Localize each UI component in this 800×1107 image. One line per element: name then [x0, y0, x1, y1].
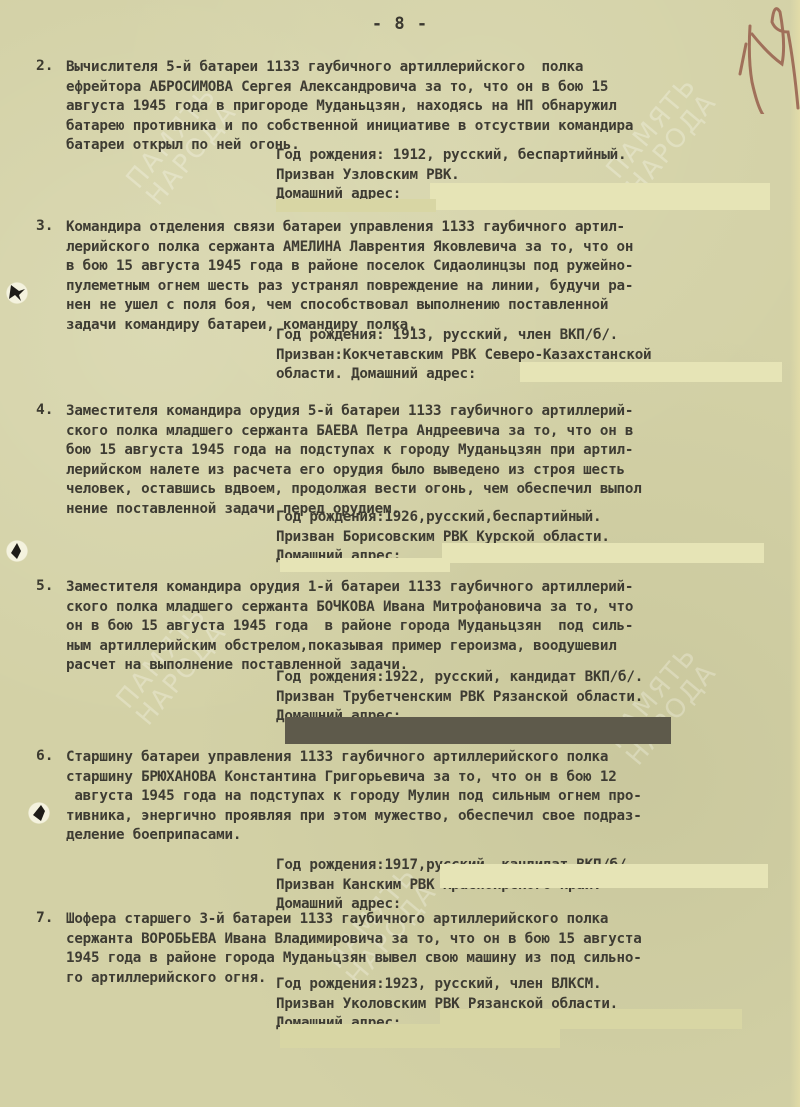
entry-text: Вычислителя 5-й батареи 1133 гаубичного …	[66, 58, 778, 156]
redacted-address	[285, 717, 671, 744]
entry-number: 4.	[36, 402, 53, 418]
entry-text: Заместителя командира орудия 5-й батареи…	[66, 402, 778, 519]
redacted-address	[280, 558, 450, 572]
redacted-address	[520, 362, 782, 382]
star-hole-icon	[29, 803, 49, 823]
punch-hole	[4, 280, 30, 306]
entry-text: Старшину батареи управления 1133 гаубичн…	[66, 748, 778, 846]
punch-hole	[4, 538, 30, 564]
redacted-address	[276, 199, 436, 212]
star-hole-icon	[7, 541, 27, 561]
entry-number: 6.	[36, 748, 53, 764]
star-hole-icon	[7, 283, 27, 303]
redacted-address	[430, 183, 770, 210]
punch-hole	[26, 800, 52, 826]
entry-number: 7.	[36, 910, 53, 926]
entry-text: Заместителя командира орудия 1-й батареи…	[66, 578, 778, 676]
redacted-address	[280, 1024, 560, 1048]
paper-edge	[790, 0, 800, 1107]
redacted-address	[442, 543, 764, 563]
entry-text: Командира отделения связи батареи управл…	[66, 218, 778, 335]
entry-number: 5.	[36, 578, 53, 594]
entry-number: 3.	[36, 218, 53, 234]
page-number: - 8 -	[0, 14, 800, 34]
redacted-address	[440, 864, 768, 888]
document-page: ПАМЯТЬНАРОДА ПАМЯТЬНАРОДА ПАМЯТЬНАРОДА П…	[0, 0, 800, 1107]
entry-number: 2.	[36, 58, 53, 74]
